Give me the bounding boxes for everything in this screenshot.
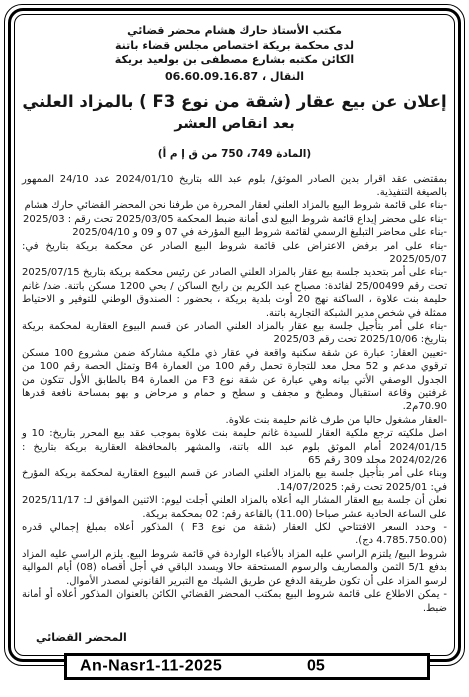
body-paragraph: -بناء على قائمة شروط البيع بالمزاد العلن… [22, 199, 447, 212]
body-paragraph: -تعيين العقار: عبارة عن شقة سكنية واقعة … [22, 347, 447, 414]
body-paragraph: اصل ملكيته ترجع ملكية العقار للسيدة غانم… [22, 427, 447, 467]
body-paragraph: -بناء على محضر إيداع قائمة شروط البيع لد… [22, 213, 447, 226]
publication-footer-bar: An-Nasr1-11-2025 05 [64, 653, 430, 680]
body-paragraph: -بناء على أمر بتحديد جلسة بيع عقار بالمز… [22, 266, 447, 320]
scanned-auction-notice-page: { "document": { "header": { "office_line… [0, 0, 469, 697]
body-paragraph: - يمكن الاطلاع على قائمة شروط البيع بمكت… [22, 588, 447, 615]
phone-line: النقال ، 06.60.09.16.87 [22, 69, 447, 84]
body-paragraph: شروط البيع/ يلتزم الراسي عليه المزاد بال… [22, 548, 447, 588]
bailiff-office-name: مكتب الأستاذ حارك هشام محضر قضائي [22, 24, 447, 39]
body-paragraph: وبناء على أمر بتأجيل جلسة بيع بالمزاد ال… [22, 467, 447, 494]
body-paragraph: نعلن أن جلسة بيع العقار المشار اليه أعلا… [22, 494, 447, 521]
page-number: 05 [307, 657, 325, 675]
publication-name-date: An-Nasr1-11-2025 [80, 657, 222, 675]
court-jurisdiction-line: لدى محكمة بريكة اختصاص مجلس قضاء باتنة [22, 39, 447, 54]
bailiff-signature-label: المحضر القضائي [22, 631, 447, 644]
notice-body: بمقتضى عقد اقرار بدين الصادر الموثق/ بلو… [22, 173, 447, 615]
body-paragraph: -بناء على امر برفض الاعتراض على قائمة شر… [22, 240, 447, 267]
body-paragraph: -العقار مشغول حاليا من طرف غانم حليمة بن… [22, 414, 447, 427]
notice-content: مكتب الأستاذ حارك هشام محضر قضائي لدى مح… [22, 24, 447, 649]
body-paragraph: -بناء على محاضر التبليغ الرسمي لقائمة شر… [22, 226, 447, 239]
office-address-line: الكائن مكتبه بشارع مصطفى بن بولعيد بريكة [22, 53, 447, 68]
body-paragraph: بمقتضى عقد اقرار بدين الصادر الموثق/ بلو… [22, 173, 447, 200]
notice-title: إعلان عن بيع عقار (شقة من نوع F3 ) بالمز… [22, 91, 447, 112]
body-paragraph: - وحدد السعر الافتتاحي لكل العقار (شقة م… [22, 521, 447, 548]
legal-article-reference: (المادة 749، 750 من ق إ م أ) [22, 148, 447, 160]
notice-subtitle: بعد انقاص العشر [22, 115, 447, 134]
body-paragraph: -بناء على أمر بتأجيل جلسة بيع عقار بالمز… [22, 320, 447, 347]
